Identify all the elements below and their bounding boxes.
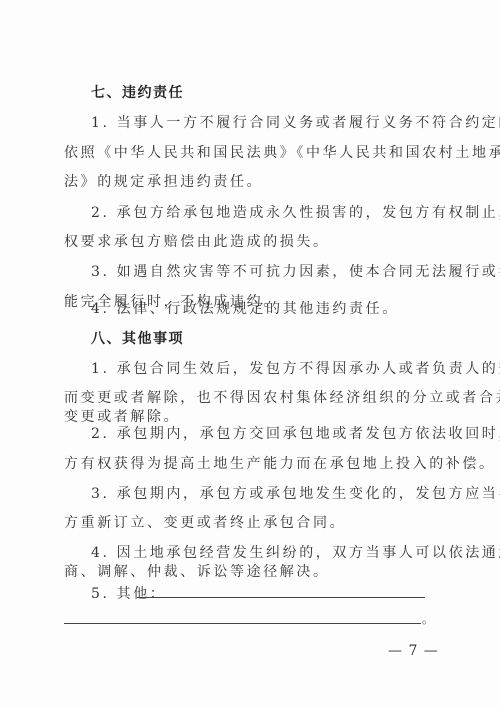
paragraph-line: 商、调解、仲裁、诉讼等途径解决。 (64, 563, 434, 581)
paragraph-line: 权要求承包方赔偿由此造成的损失。 (64, 233, 434, 251)
other-fill-in-blank-line-2[interactable] (64, 623, 421, 624)
paragraph-line: 1. 当事人一方不履行合同义务或者履行义务不符合约定的， (91, 114, 434, 132)
paragraph-line: 2. 承包方给承包地造成永久性损害的，发包方有权制止，并有 (91, 204, 434, 222)
paragraph-line: 3. 如遇自然灾害等不可抗力因素，使本合同无法履行或者不 (91, 263, 434, 281)
paragraph-line: 变更或者解除。 (64, 408, 434, 426)
paragraph-line: 方重新订立、变更或者终止承包合同。 (64, 514, 434, 532)
paragraph-line: 4. 因土地承包经营发生纠纷的，双方当事人可以依法通过协 (91, 544, 434, 562)
paragraph-line: 2. 承包期内，承包方交回承包地或者发包方依法收回时，承包 (91, 425, 434, 443)
paragraph-line: 法》的规定承担违约责任。 (64, 173, 434, 191)
section-heading-breach-liability: 七、违约责任 (91, 84, 434, 102)
section-heading-other-matters: 八、其他事项 (91, 330, 434, 348)
other-fill-in-blank-line-1[interactable] (137, 597, 425, 598)
end-period-mark: 。 (422, 610, 434, 627)
document-page: 七、违约责任 1. 当事人一方不履行合同义务或者履行义务不符合约定的， 依照《中… (0, 0, 500, 707)
paragraph-line: 3. 承包期内，承包方或承包地发生变化的，发包方应当与承包 (91, 485, 434, 503)
page-number: — 7 — (388, 643, 439, 659)
paragraph-line: 4. 法律、行政法规规定的其他违约责任。 (91, 300, 434, 318)
paragraph-line: 依照《中华人民共和国民法典》《中华人民共和国农村土地承包 (64, 144, 434, 162)
paragraph-line: 1. 承包合同生效后，发包方不得因承办人或者负责人的变动 (91, 360, 434, 378)
paragraph-line: 而变更或者解除，也不得因农村集体经济组织的分立或者合并而 (64, 389, 434, 407)
paragraph-line: 方有权获得为提高土地生产能力而在承包地上投入的补偿。 (64, 455, 434, 473)
other-label: 5. 其他： (91, 585, 151, 603)
